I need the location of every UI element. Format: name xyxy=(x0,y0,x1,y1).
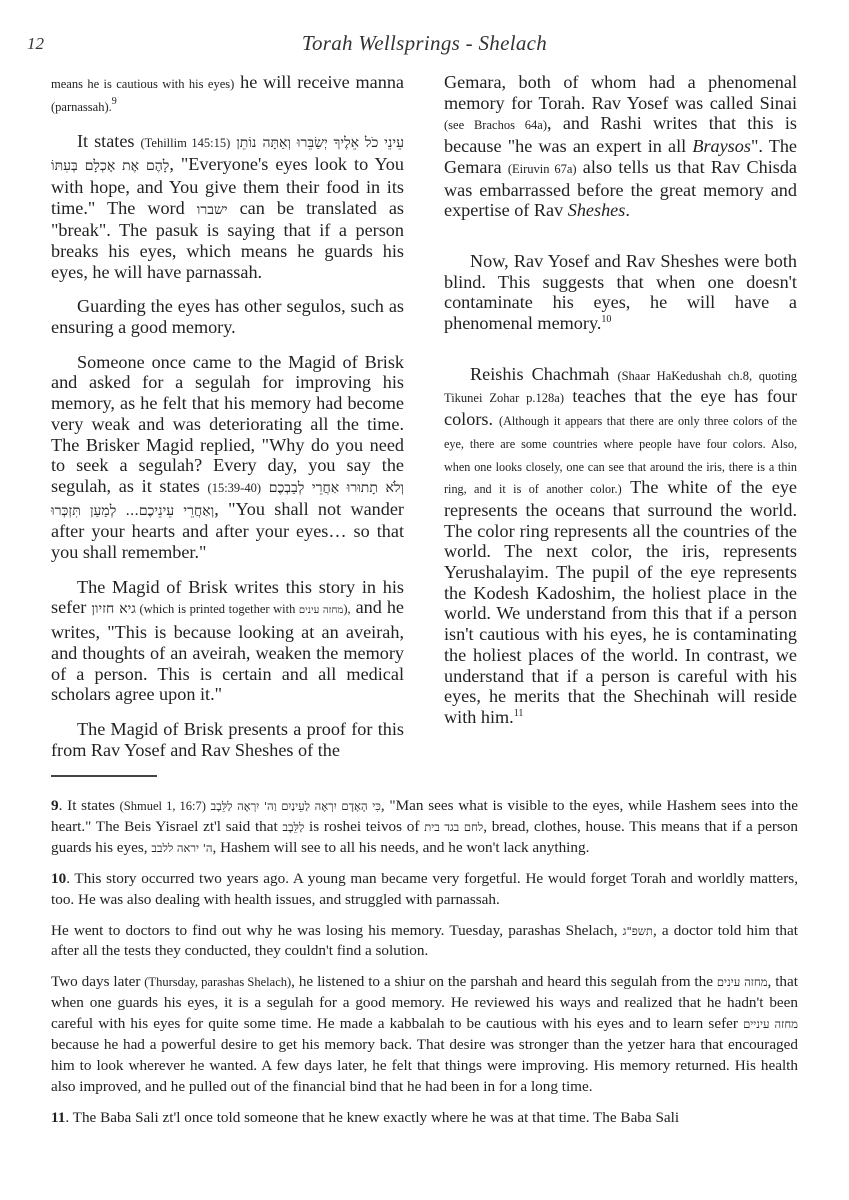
footnote-10-para-2: He went to doctors to find out why he wa… xyxy=(51,921,798,963)
footnote-number: 10 xyxy=(51,870,66,887)
footnote-number: 11 xyxy=(51,1109,65,1126)
paragraph-gemara: Gemara, both of whom had a phenomenal me… xyxy=(444,72,797,221)
hebrew-sefer-title: מחזה עינים xyxy=(717,975,768,989)
right-column: Gemara, both of whom had a phenomenal me… xyxy=(444,72,797,742)
body-text: The Magid of Brisk presents a proof for … xyxy=(51,719,404,760)
body-text: It states xyxy=(77,131,140,151)
footnote-10: 10. This story occurred two years ago. A… xyxy=(51,869,798,911)
paren-note: (Thursday, parashas Shelach) xyxy=(144,975,291,989)
hebrew-word: לַלֵּבָב xyxy=(282,820,304,834)
footnotes-section: 9. It states (Shmuel 1, 16:7) כִּי הָאָד… xyxy=(51,796,798,1139)
source-citation: (Tehillim 145:15) xyxy=(140,136,230,150)
footnote-ref-11[interactable]: 11 xyxy=(514,708,524,719)
paragraph-segulos: Guarding the eyes has other segulos, suc… xyxy=(51,296,404,337)
source-citation: (see Brachos 64a) xyxy=(444,118,547,132)
italic-term: Sheshes xyxy=(568,200,626,220)
hebrew-word: ישברו xyxy=(197,202,228,218)
hebrew-quote: עֵינֵי כֹל אֵלֶיךָ יְשַׂבֵּרוּ וְאַתָּה xyxy=(262,135,404,151)
paragraph-manna: means he is cautious with his eyes) he w… xyxy=(51,72,404,117)
body-text: Guarding the eyes has other segulos, suc… xyxy=(51,296,404,337)
footnote-ref-10[interactable]: 10 xyxy=(601,314,611,325)
source-citation: (Shmuel 1, 16:7) xyxy=(120,799,206,813)
paragraph-tehillim: It states (Tehillim 145:15) עֵינֵי כֹל א… xyxy=(51,131,404,282)
footnote-text: , he listened to a shiur on the parshah … xyxy=(291,973,717,990)
body-text: Someone once came to the Magid of Brisk … xyxy=(51,352,404,496)
footnote-text: . The Baba Sali zt'l once told someone t… xyxy=(65,1109,679,1126)
footnote-10-para-3: Two days later (Thursday, parashas Shela… xyxy=(51,972,798,1097)
footnote-text: He went to doctors to find out why he wa… xyxy=(51,922,623,939)
footnote-text: Two days later xyxy=(51,973,144,990)
hebrew-quote: כִּי הָאָדָם יִרְאֶה לַעֵינַיִם וַה' יִר… xyxy=(211,799,381,813)
footnote-separator xyxy=(51,775,157,777)
source-citation: (15:39-40) xyxy=(208,481,261,495)
source-citation: (Eiruvin 67a) xyxy=(508,162,577,176)
hebrew-sefer-title: מחזה עיניים xyxy=(743,1017,798,1031)
footnote-9: 9. It states (Shmuel 1, 16:7) כִּי הָאָד… xyxy=(51,796,798,859)
hebrew-sefer-title: גיא חזיון xyxy=(91,601,136,617)
footnote-text: is roshei teivos of xyxy=(304,818,424,835)
paragraph-sefer: The Magid of Brisk writes this story in … xyxy=(51,577,404,705)
body-text: . xyxy=(625,200,630,220)
paragraph-proof: The Magid of Brisk presents a proof for … xyxy=(51,719,404,760)
body-text: he will receive manna xyxy=(234,72,404,92)
body-text: Reishis Chachmah xyxy=(470,364,617,384)
body-text: The white of the eye represents the ocea… xyxy=(444,477,797,727)
hebrew-word: לחם בגד בית xyxy=(424,820,483,834)
paragraph-reishis-chachmah: Reishis Chachmah (Shaar HaKedushah ch.8,… xyxy=(444,364,797,728)
paren-note: ), xyxy=(343,602,350,616)
body-text: Gemara, both of whom had a phenomenal me… xyxy=(444,72,797,113)
body-text: Now, Rav Yosef and Rav Sheshes were both… xyxy=(444,251,797,333)
paren-note: (parnassah). xyxy=(51,100,112,114)
hebrew-year: תשפ"ג xyxy=(623,924,653,938)
footnote-text: . This story occurred two years ago. A y… xyxy=(51,870,798,908)
italic-term: Braysos xyxy=(692,136,751,156)
paren-note: (which is printed together with xyxy=(136,602,299,616)
paragraph-blind: Now, Rav Yosef and Rav Sheshes were both… xyxy=(444,251,797,334)
footnote-text: because he had a powerful desire to get … xyxy=(51,1036,798,1095)
hebrew-sefer-title: מחזה עינים xyxy=(299,605,343,616)
footnote-text: , Hashem will see to all his needs, and … xyxy=(213,839,590,856)
left-column: means he is cautious with his eyes) he w… xyxy=(51,72,404,774)
paragraph-magid-story: Someone once came to the Magid of Brisk … xyxy=(51,352,404,563)
running-title: Torah Wellsprings - Shelach xyxy=(0,31,849,56)
footnote-text: . It states xyxy=(59,797,120,814)
footnote-ref-9[interactable]: 9 xyxy=(112,96,117,107)
paren-note: means he is cautious with his eyes) xyxy=(51,77,234,91)
footnote-11: 11. The Baba Sali zt'l once told someone… xyxy=(51,1108,798,1129)
footnote-number: 9 xyxy=(51,797,59,814)
hebrew-word: ה' יראה ללבב xyxy=(151,841,212,855)
